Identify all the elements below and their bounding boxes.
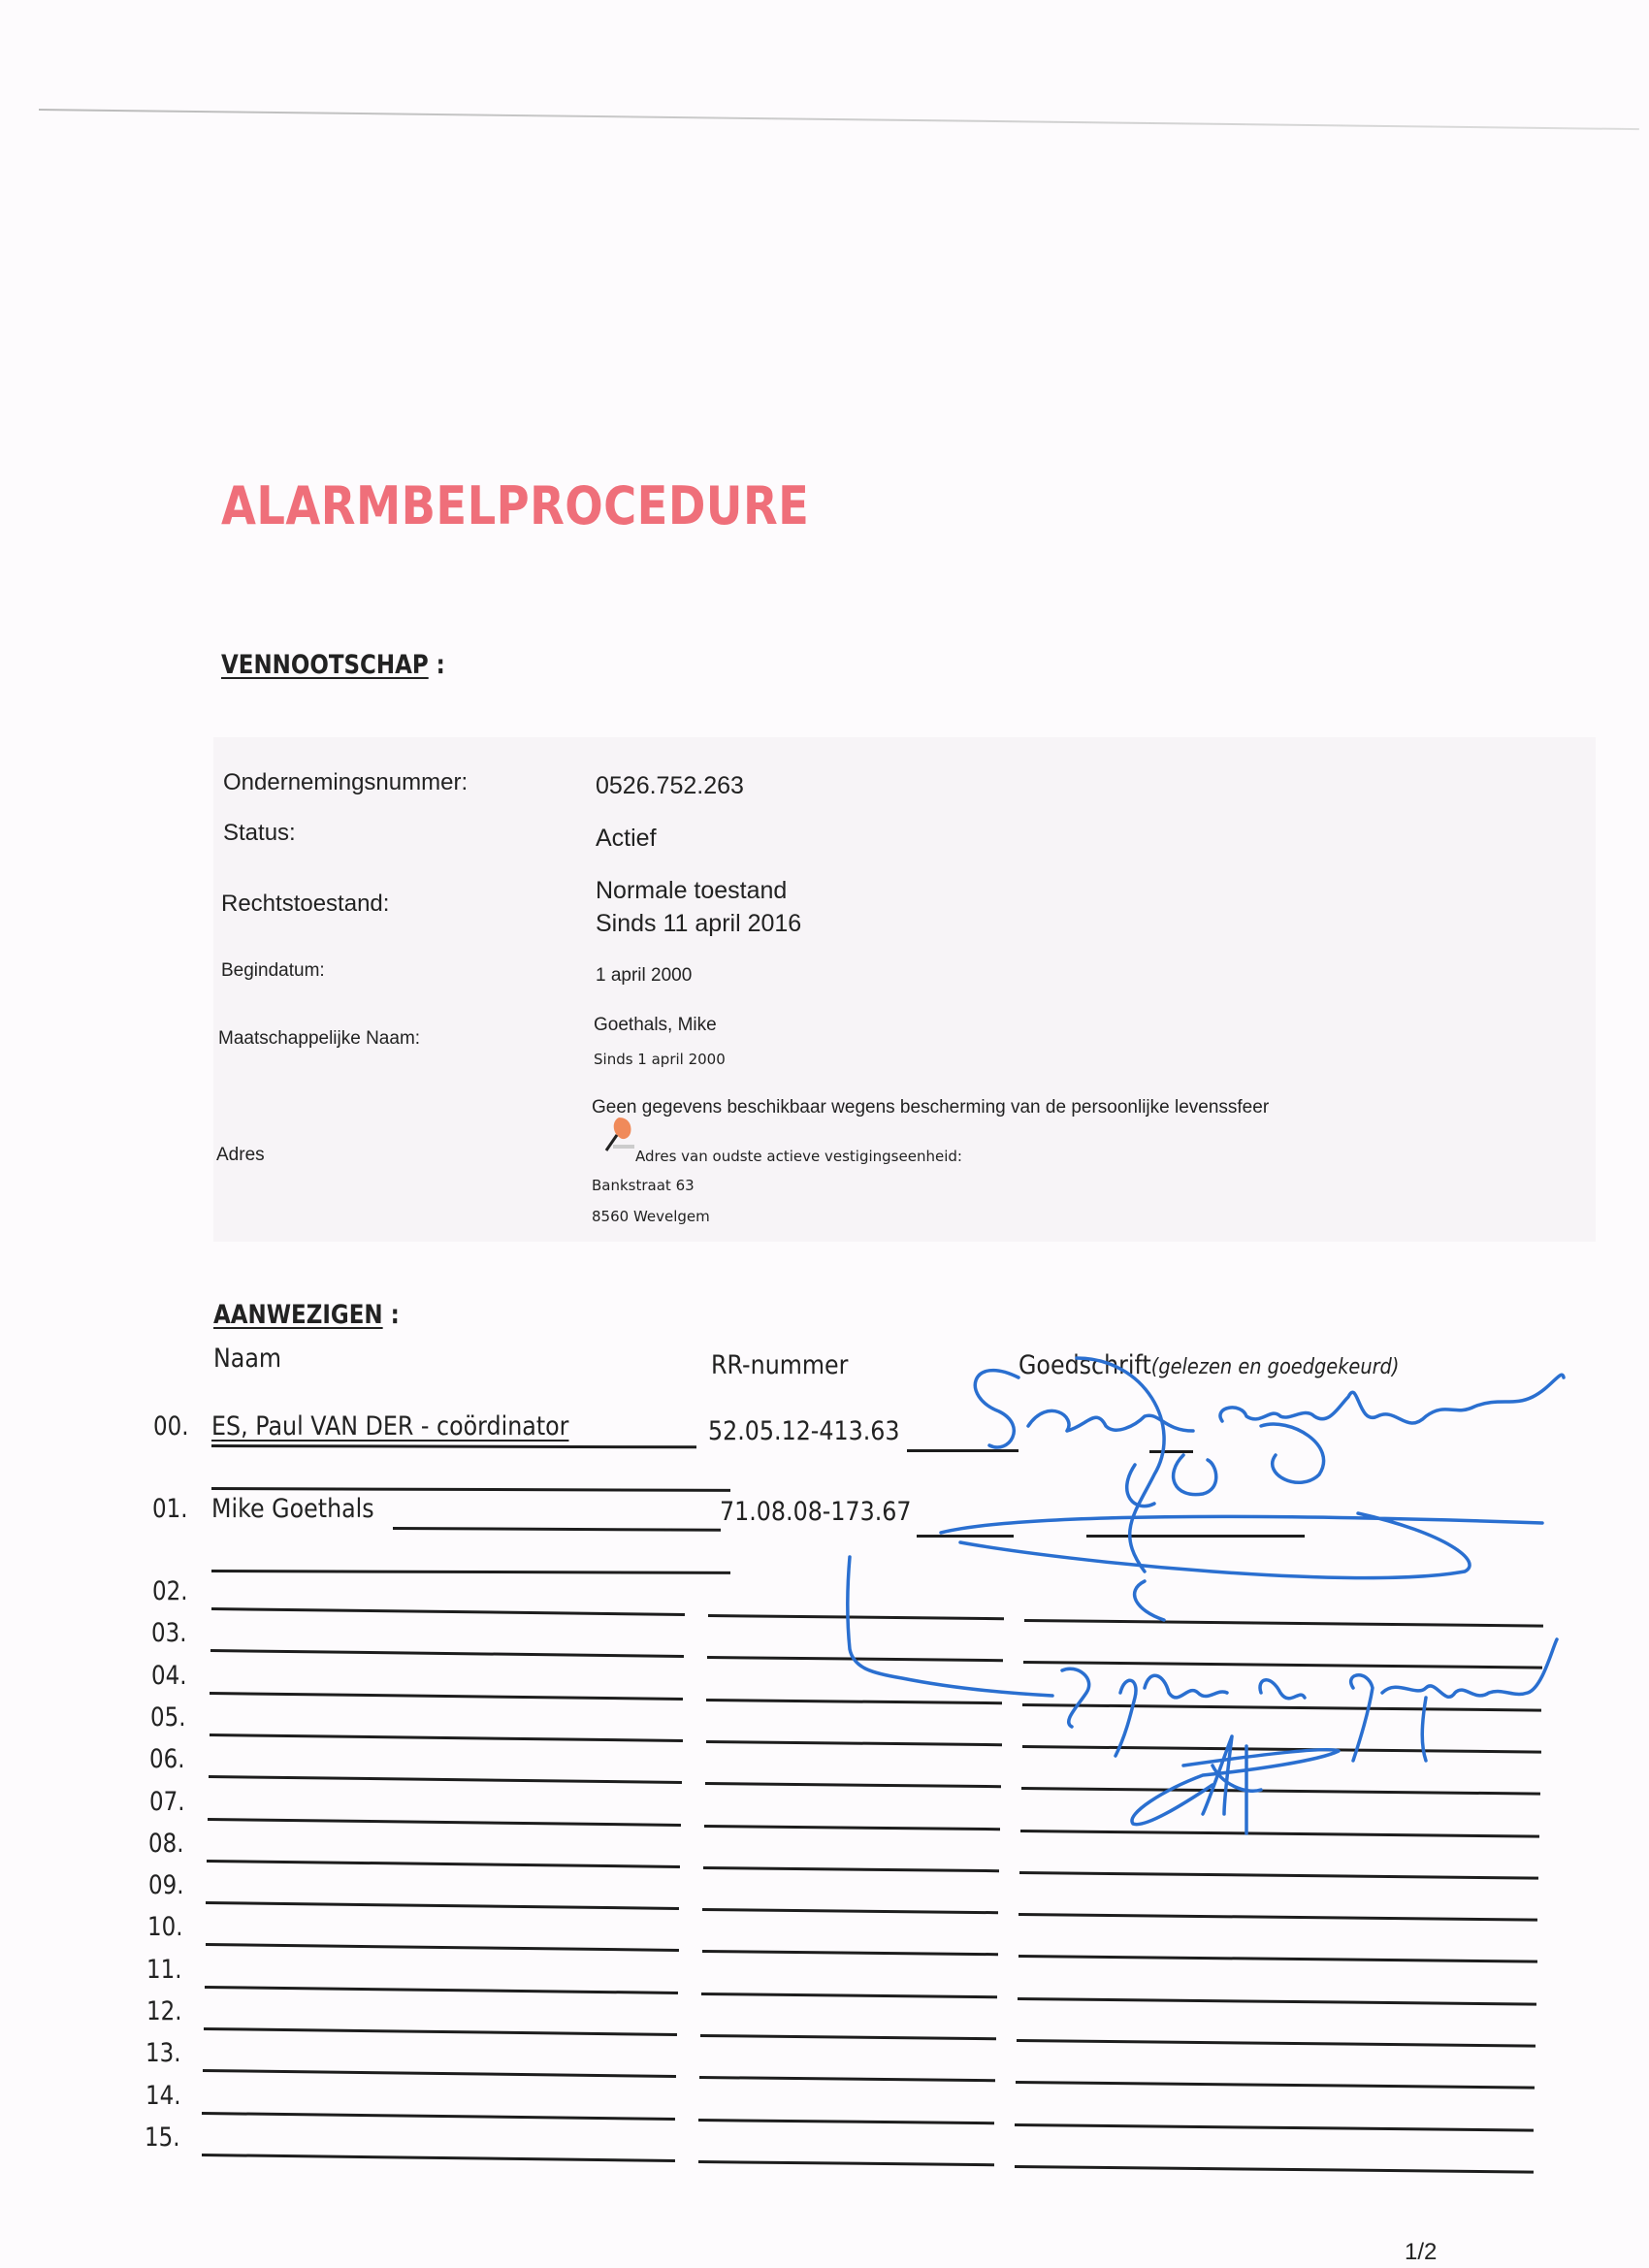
handwritten-signature-initials bbox=[1132, 1736, 1339, 1833]
handwritten-approval-bracket bbox=[848, 1557, 1052, 1696]
page-number: 1/2 bbox=[1405, 2239, 1437, 2266]
handwritten-signatures bbox=[0, 0, 1649, 2268]
handwritten-approval-2 bbox=[1062, 1639, 1557, 1761]
handwritten-approval-1 bbox=[941, 1358, 1564, 1620]
